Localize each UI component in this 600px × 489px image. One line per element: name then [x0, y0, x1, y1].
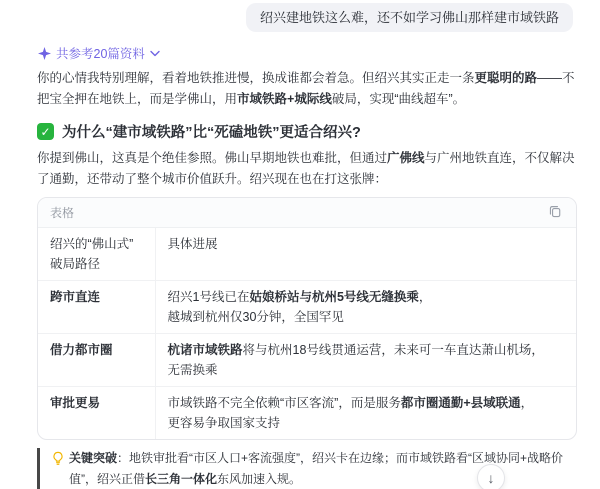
scroll-to-bottom-button[interactable]: ↓ [477, 464, 505, 489]
table-row-content: 杭诸市域铁路将与杭州18号线贯通运营，未来可一车直达萧山机场，无需换乘 [155, 334, 576, 387]
table-row: 借力都市圈 杭诸市域铁路将与杭州18号线贯通运营，未来可一车直达萧山机场，无需换… [38, 334, 576, 387]
section-heading-text: 为什么“建市域铁路”比“死磕地铁”更适合绍兴? [62, 121, 361, 142]
table-row: 审批更易 市域铁路不完全依赖“市区客流”，而是服务都市圈通勤+县域联通，更容易争… [38, 387, 576, 440]
lightbulb-icon [51, 451, 65, 473]
arrow-down-icon: ↓ [488, 470, 495, 486]
user-message-row: 绍兴建地铁这么难，还不如学习佛山那样建市域铁路 [0, 0, 600, 32]
table-row-content: 市域铁路不完全依赖“市区客流”，而是服务都市圈通勤+县域联通，更容易争取国家支持 [155, 387, 576, 440]
table-header-cell-path: 绍兴的“佛山式”破局路径 [38, 228, 155, 281]
check-icon: ✓ [37, 123, 54, 140]
table-header-cell-progress: 具体进展 [155, 228, 576, 281]
table-row-label: 借力都市圈 [38, 334, 155, 387]
chevron-down-icon [150, 50, 160, 57]
references-toggle[interactable]: 共参考20篇资料 [38, 44, 160, 62]
table-toolbar: 表格 [38, 198, 576, 228]
copy-button[interactable] [546, 202, 564, 223]
comparison-table: 绍兴的“佛山式”破局路径 具体进展 跨市直连 绍兴1号线已在姑娘桥站与杭州5号线… [38, 228, 576, 439]
references-label: 共参考20篇资料 [56, 44, 145, 62]
copy-icon [548, 204, 562, 221]
assistant-paragraph-2: 你提到佛山，这真是个绝佳参照。佛山早期地铁也难批，但通过广佛线与广州地铁直连，不… [37, 148, 577, 189]
table-row-label: 审批更易 [38, 387, 155, 440]
table-row-label: 跨市直连 [38, 281, 155, 334]
user-message-bubble: 绍兴建地铁这么难，还不如学习佛山那样建市域铁路 [246, 3, 573, 32]
table-row-content: 绍兴1号线已在姑娘桥站与杭州5号线无缝换乘，越城到杭州仅30分钟，全国罕见 [155, 281, 576, 334]
table-card: 表格 绍兴的“佛山式”破局路径 具体进展 跨市直连 绍兴1号线已在姑娘桥站与杭州… [37, 197, 577, 440]
assistant-paragraph-1: 你的心情我特别理解，看着地铁推进慢，换成谁都会着急。但绍兴其实正走一条更聪明的路… [37, 68, 577, 109]
table-row: 跨市直连 绍兴1号线已在姑娘桥站与杭州5号线无缝换乘，越城到杭州仅30分钟，全国… [38, 281, 576, 334]
sparkle-icon [38, 47, 51, 60]
table-toolbar-label: 表格 [50, 204, 74, 221]
table-header-row: 绍兴的“佛山式”破局路径 具体进展 [38, 228, 576, 281]
section-heading: ✓ 为什么“建市域铁路”比“死磕地铁”更适合绍兴? [37, 121, 577, 142]
